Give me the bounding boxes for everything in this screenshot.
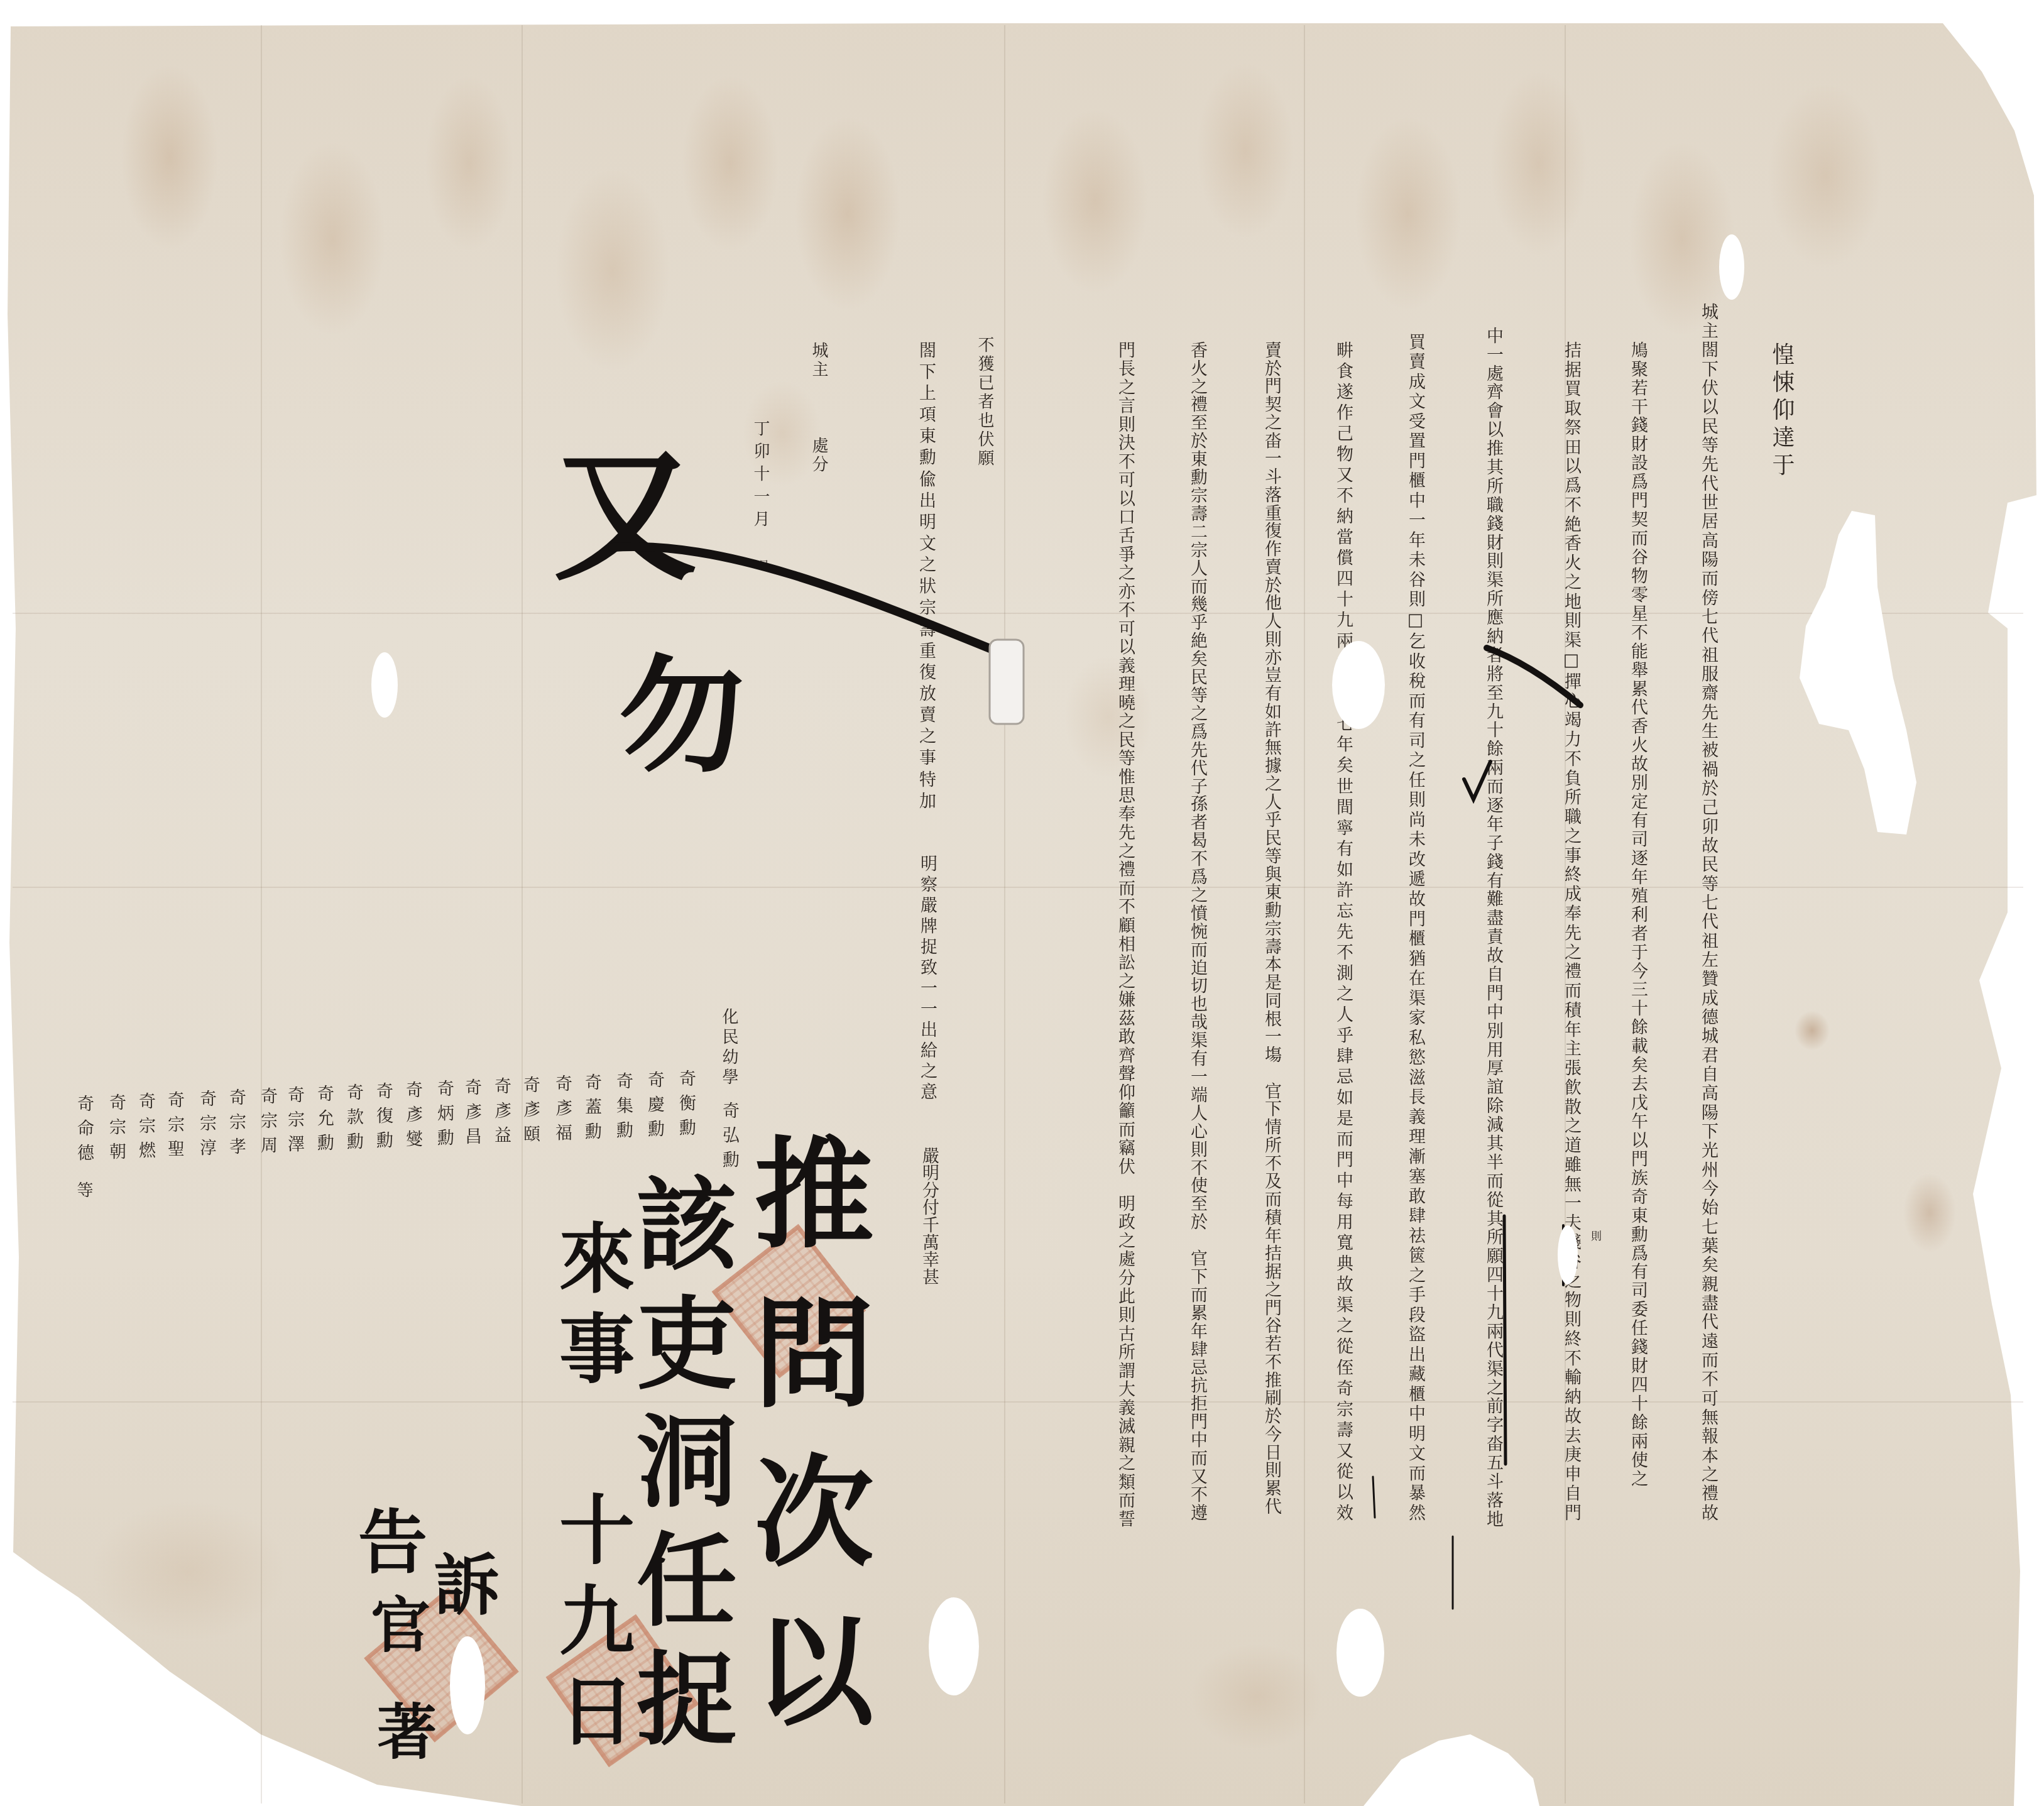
paper-hole <box>929 1597 979 1695</box>
paper-hole <box>450 1636 485 1734</box>
paper-hole <box>1558 1225 1578 1284</box>
check-mark <box>1464 762 1490 799</box>
paper-patch <box>990 640 1024 724</box>
paper-hole <box>1336 1609 1384 1697</box>
paper-hole <box>371 652 398 718</box>
paper-hole <box>1332 641 1385 729</box>
bracket-line <box>1373 1477 1375 1518</box>
paper-hole <box>1719 234 1744 300</box>
bracket-line <box>1504 1216 1506 1464</box>
cursive-tail-stroke <box>613 547 1005 655</box>
paper-hole <box>1800 511 1916 835</box>
pen-stroke <box>1487 648 1580 705</box>
damage-and-strokes-overlay <box>0 0 2044 1806</box>
